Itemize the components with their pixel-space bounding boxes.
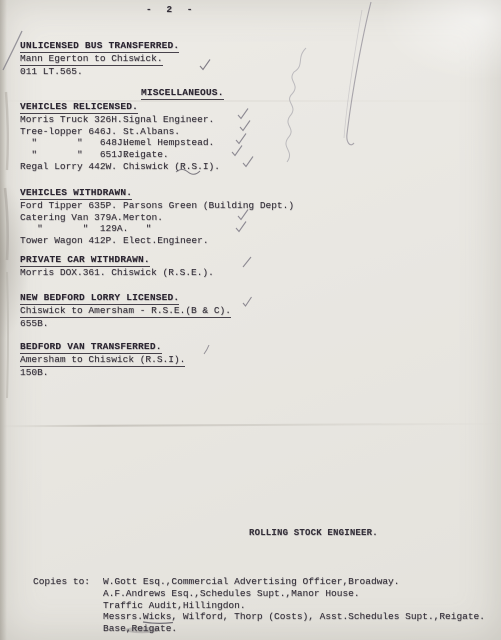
slash-mark-icon (243, 257, 251, 267)
location-cell: St.Albans. (123, 126, 180, 138)
location-cell: Chiswick (R.S.I). (123, 161, 220, 173)
vehicle-cell: Tree-lopper 646J. (20, 126, 123, 138)
table-row: " " 129A. " (20, 223, 294, 235)
section-new-bedford: NEW BEDFORD LORRY LICENSED. Chiswick to … (20, 292, 231, 329)
route-line: Chiswick to Amersham - R.S.E.(B & C). (20, 305, 231, 318)
list-item: Traffic Audit,Hillingdon. (103, 600, 485, 612)
table-row: Tower Wagon 412P.Elect.Engineer. (20, 235, 294, 247)
table-row: Tree-lopper 646J.St.Albans. (20, 126, 220, 138)
location-cell: Hemel Hempstead. (123, 137, 214, 149)
vehicle-cell: " " 651J. (20, 149, 123, 161)
table-row: Morris Truck 326H.Signal Engineer. (20, 114, 220, 126)
section-private-car: PRIVATE CAR WITHDRAWN. Morris DOX.361. C… (20, 254, 214, 279)
checkmark-icon (243, 157, 253, 167)
list-item: Base,Reigate. (103, 623, 485, 635)
vehicle-cell: Tower Wagon 412P. (20, 235, 123, 247)
list-item: A.F.Andrews Esq.,Schedules Supt.,Manor H… (103, 588, 485, 600)
section-vehicles-withdrawn: VEHICLES WITHDRAWN. Ford Tipper 635P.Par… (20, 187, 294, 247)
vehicle-cell: Regal Lorry 442W. (20, 161, 123, 173)
tick-mark-icon (204, 345, 209, 354)
vehicle-cell: " " 648J. (20, 137, 123, 149)
location-cell: Elect.Engineer. (123, 235, 209, 247)
checkmark-icon (240, 121, 250, 131)
location-cell: Signal Engineer. (123, 114, 214, 126)
location-cell: Parsons Green (Building Dept.) (123, 200, 294, 212)
detail-line: Morris DOX.361. Chiswick (R.S.E.). (20, 267, 214, 278)
location-cell: Reigate. (123, 149, 169, 161)
list-item: W.Gott Esq.,Commercial Advertising Offic… (103, 576, 485, 588)
signature-title: ROLLING STOCK ENGINEER. (249, 528, 378, 540)
route-line: Mann Egerton to Chiswick. (20, 53, 163, 66)
copies-to-label: Copies to: (33, 576, 90, 588)
table-row: Regal Lorry 442W.Chiswick (R.S.I). (20, 161, 220, 173)
vehicle-cell: Ford Tipper 635P. (20, 200, 123, 212)
location-cell: " (123, 223, 152, 235)
vehicle-cell: Morris Truck 326H. (20, 114, 123, 126)
checkmark-icon (236, 134, 246, 144)
section-heading: NEW BEDFORD LORRY LICENSED. (20, 292, 179, 305)
scan-streak (7, 272, 8, 398)
paper-crease (0, 423, 501, 428)
vehicle-cell: Catering Van 379A. (20, 212, 123, 224)
location-cell: Merton. (123, 212, 163, 224)
table-row: Catering Van 379A.Merton. (20, 212, 294, 224)
section-bedford-van: BEDFORD VAN TRANSFERRED. Amersham to Chi… (20, 341, 185, 378)
scanned-document-page: - 2 - UNLICENSED BUS TRANSFERRED. Mann E… (0, 0, 501, 640)
route-line: Amersham to Chiswick (R.S.I). (20, 354, 185, 367)
table-row: " " 648J.Hemel Hempstead. (20, 137, 220, 149)
fleet-number: 655B. (20, 318, 49, 329)
checkmark-icon (232, 146, 242, 156)
list-item: Messrs.Wicks, Wilford, Thorp (Costs), As… (103, 611, 485, 623)
section-heading: BEDFORD VAN TRANSFERRED. (20, 341, 162, 354)
checkmark-icon (200, 60, 210, 70)
section-unlicensed-bus: UNLICENSED BUS TRANSFERRED. Mann Egerton… (20, 40, 179, 77)
pencil-line-faint-icon (344, 10, 362, 138)
section-heading: UNLICENSED BUS TRANSFERRED. (20, 40, 179, 53)
scan-highlight-blob (380, 0, 501, 80)
section-heading: PRIVATE CAR WITHDRAWN. (20, 254, 150, 267)
section-vehicles-relicensed: VEHICLES RELICENSED. Morris Truck 326H.S… (20, 101, 220, 173)
fleet-number: 150B. (20, 367, 49, 378)
copies-recipient-list: W.Gott Esq.,Commercial Advertising Offic… (103, 576, 485, 635)
section-heading: VEHICLES RELICENSED. (20, 101, 138, 114)
page-number: - 2 - (146, 4, 193, 16)
vehicle-cell: " " 129A. (20, 223, 123, 235)
pencil-line-icon (347, 2, 371, 145)
table-row: Ford Tipper 635P.Parsons Green (Building… (20, 200, 294, 212)
checkmark-icon (238, 109, 248, 119)
miscellaneous-heading: MISCELLANEOUS. (141, 87, 224, 100)
pencil-scribble-icon (286, 48, 306, 162)
section-heading: VEHICLES WITHDRAWN. (20, 187, 132, 200)
scan-left-edge (0, 0, 7, 640)
fleet-number: 011 LT.565. (20, 66, 83, 77)
table-row: " " 651J.Reigate. (20, 149, 220, 161)
checkmark-icon (243, 297, 252, 306)
